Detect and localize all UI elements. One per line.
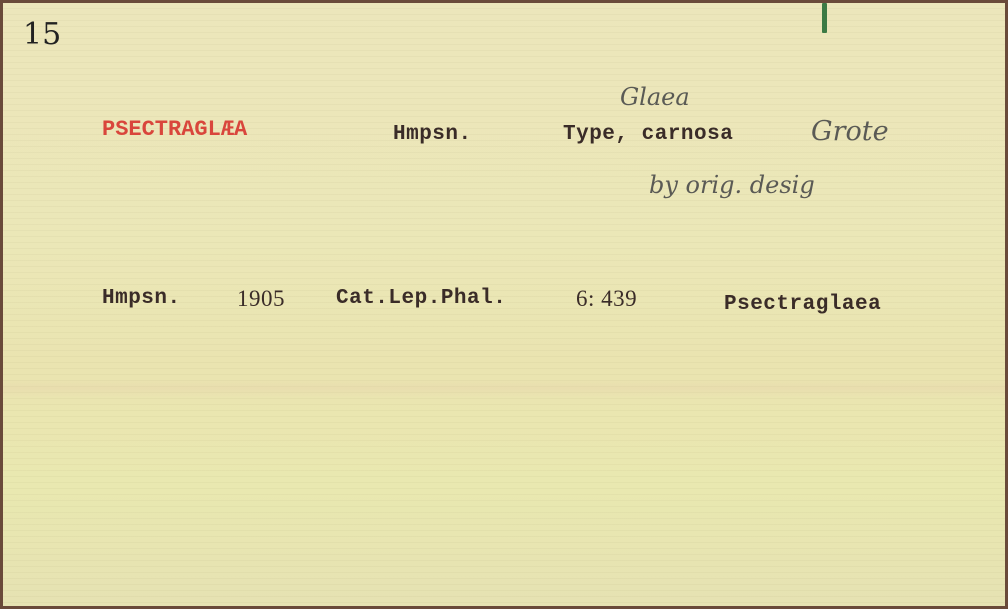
genus-author: Hmpsn. [393, 123, 472, 146]
index-card: 15 PSECTRAGLÆA Hmpsn. Glaea Type, carnos… [3, 3, 1005, 606]
handwritten-type-author: Grote [811, 116, 889, 147]
citation-volume-page: 6: 439 [576, 286, 637, 312]
citation-year: 1905 [237, 286, 285, 312]
card-number: 15 [23, 17, 61, 52]
genus-name: PSECTRAGLÆA [102, 117, 247, 142]
handwritten-designation: by orig. desig [649, 171, 815, 199]
green-tab-marker [822, 3, 827, 33]
citation-author: Hmpsn. [102, 287, 181, 310]
citation-original-spelling: Psectraglaea [724, 293, 881, 316]
citation-publication: Cat.Lep.Phal. [336, 287, 506, 310]
handwritten-type-genus: Glaea [620, 83, 690, 111]
type-species: Type, carnosa [563, 123, 733, 146]
